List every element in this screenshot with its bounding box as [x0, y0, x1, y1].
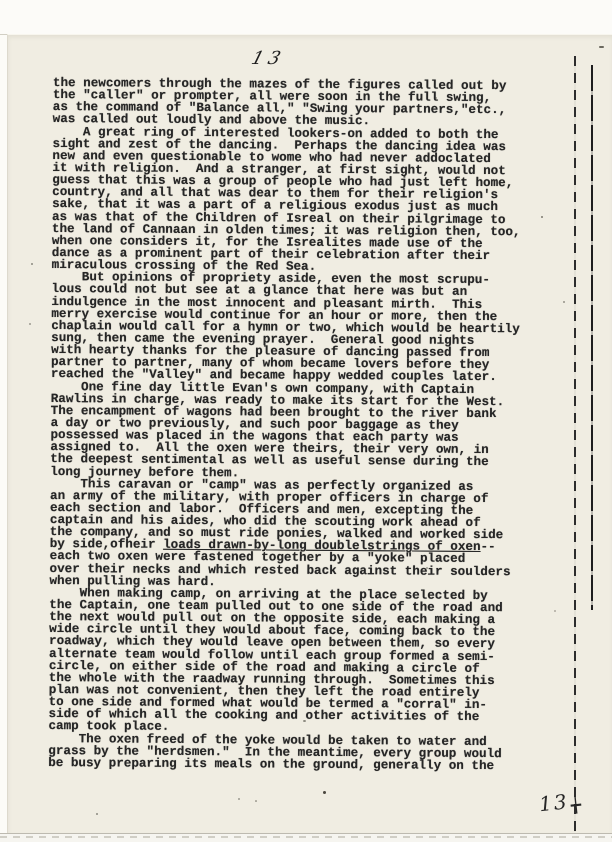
noise-speck [238, 798, 240, 800]
scanned-document-page: 13 the newcomers through the mazes of th… [0, 0, 612, 842]
noise-speck [599, 46, 604, 48]
scan-background-top [0, 0, 612, 35]
noise-speck [303, 720, 306, 722]
right-margin-solid-line [591, 65, 593, 610]
handwritten-cross-mark: + [567, 789, 585, 822]
noise-speck [31, 263, 33, 265]
typed-text-block: the newcomers through the mazes of the f… [48, 77, 545, 772]
typed-text-line: be busy preparing its meals on the groun… [48, 757, 540, 773]
noise-speck [426, 567, 428, 569]
noise-speck [554, 610, 556, 612]
noise-speck [563, 301, 565, 303]
handwritten-page-number: 13+ [538, 788, 584, 816]
scan-background-bottom [0, 833, 612, 842]
typed-page-number: 13 [249, 48, 288, 69]
page: 13 the newcomers through the mazes of th… [7, 34, 612, 834]
noise-speck [29, 323, 31, 325]
handwritten-page-number-text: 13 [538, 789, 570, 816]
noise-speck [255, 800, 257, 802]
right-margin-dashed-line [574, 56, 576, 832]
noise-speck [323, 791, 326, 794]
noise-speck [96, 813, 98, 815]
noise-speck [435, 97, 437, 99]
